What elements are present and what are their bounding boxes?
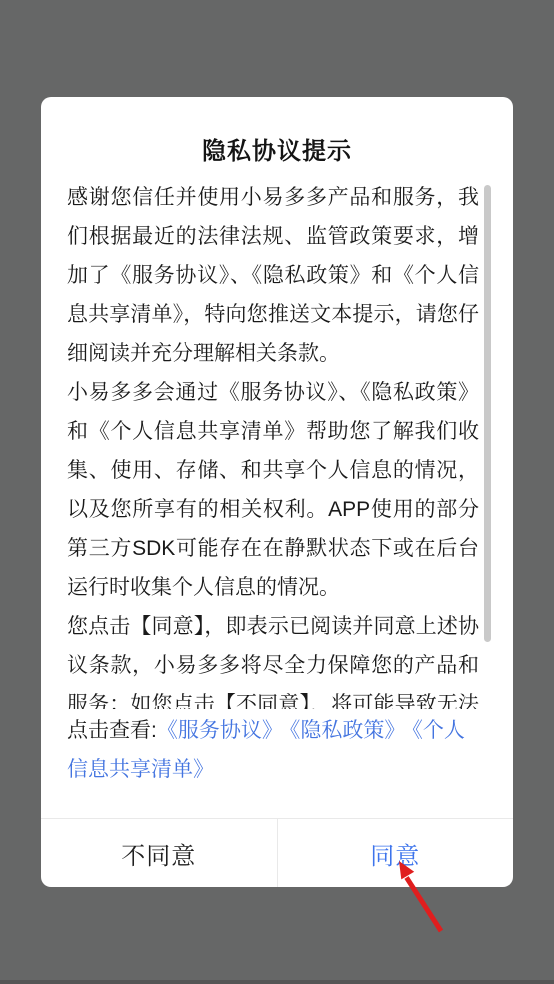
navigation-bar-strip	[0, 980, 554, 984]
privacy-paragraph: 感谢您信任并使用小易多多产品和服务，我们根据最近的法律法规、监管政策要求，增加了…	[67, 178, 479, 373]
dialog-actions: 不同意 同意	[41, 819, 513, 887]
view-links-note: 点击查看:《服务协议》《隐私政策》《个人信息共享清单》	[67, 711, 479, 789]
service-agreement-link[interactable]: 《服务协议》	[157, 719, 283, 742]
scrollbar-thumb[interactable]	[484, 185, 491, 642]
disagree-button[interactable]: 不同意	[41, 819, 277, 887]
privacy-paragraph: 小易多多会通过《服务协议》、《隐私政策》和《个人信息共享清单》帮助您了解我们收集…	[67, 373, 479, 607]
privacy-policy-link[interactable]: 《隐私政策》	[290, 719, 406, 742]
privacy-text-scroll-area[interactable]: 感谢您信任并使用小易多多产品和服务，我们根据最近的法律法规、监管政策要求，增加了…	[67, 178, 479, 709]
privacy-paragraph: 您点击【同意】，即表示已阅读并同意上述协议条款，小易多多将尽全力保障您的产品和服…	[67, 607, 479, 709]
view-links-prefix: 点击查看:	[67, 719, 157, 742]
privacy-dialog: 隐私协议提示 感谢您信任并使用小易多多产品和服务，我们根据最近的法律法规、监管政…	[41, 97, 513, 887]
dim-overlay: 隐私协议提示 感谢您信任并使用小易多多产品和服务，我们根据最近的法律法规、监管政…	[0, 0, 554, 984]
agree-button[interactable]: 同意	[278, 819, 514, 887]
dialog-title: 隐私协议提示	[41, 131, 513, 166]
